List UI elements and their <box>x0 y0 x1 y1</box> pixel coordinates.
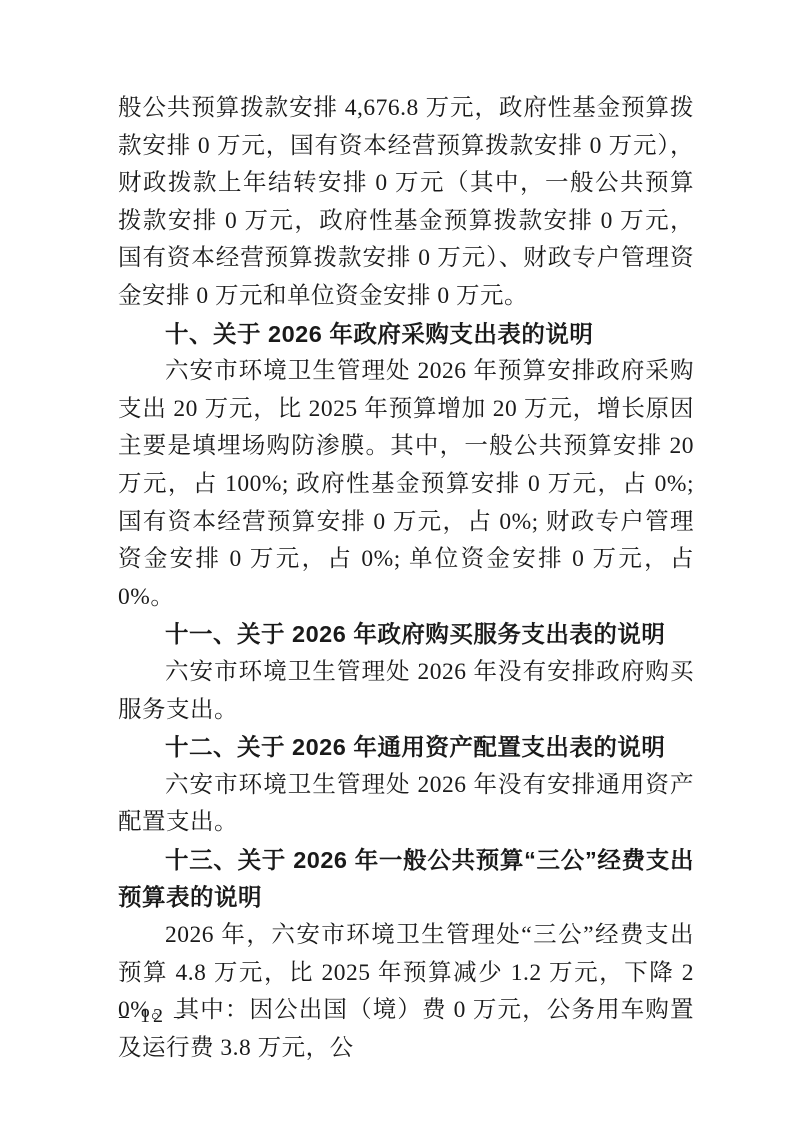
section-heading: 十二、关于 2026 年通用资产配置支出表的说明 <box>118 729 694 767</box>
body-paragraph: 六安市环境卫生管理处 2026 年预算安排政府采购支出 20 万元，比 2025… <box>118 353 694 616</box>
body-paragraph: 六安市环境卫生管理处 2026 年没有安排通用资产配置支出。 <box>118 767 694 842</box>
section-heading: 十一、关于 2026 年政府购买服务支出表的说明 <box>118 616 694 654</box>
section-heading: 十三、关于 2026 年一般公共预算“三公”经费支出预算表的说明 <box>118 842 694 917</box>
section-heading: 十、关于 2026 年政府采购支出表的说明 <box>118 316 694 354</box>
page-number: – 12 – <box>119 1005 187 1028</box>
body-paragraph: 2026 年，六安市环境卫生管理处“三公”经费支出预算 4.8 万元，比 202… <box>118 917 694 1067</box>
document-page: 般公共预算拨款安排 4,676.8 万元，政府性基金预算拨款安排 0 万元，国有… <box>0 0 793 1122</box>
body-paragraph: 六安市环境卫生管理处 2026 年没有安排政府购买服务支出。 <box>118 654 694 729</box>
body-paragraph: 般公共预算拨款安排 4,676.8 万元，政府性基金预算拨款安排 0 万元，国有… <box>118 90 694 316</box>
page-content: 般公共预算拨款安排 4,676.8 万元，政府性基金预算拨款安排 0 万元，国有… <box>118 90 694 1067</box>
